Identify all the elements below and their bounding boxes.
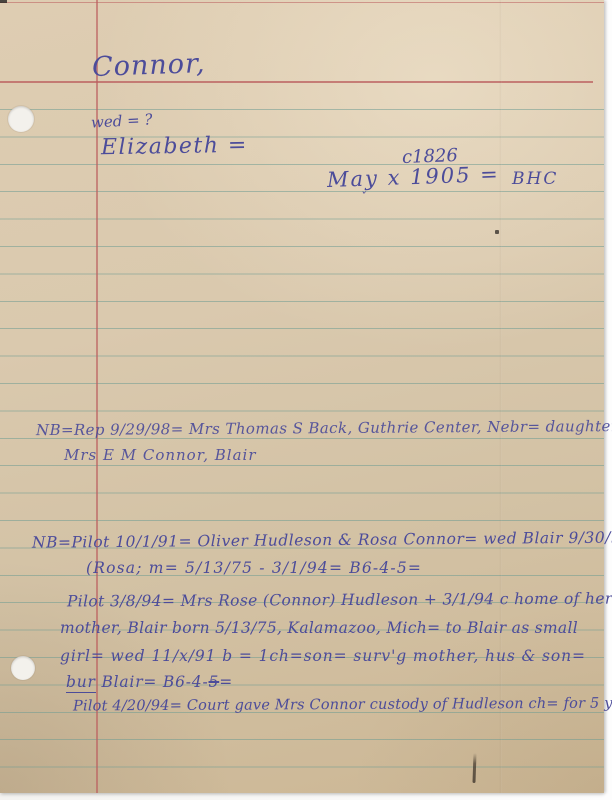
surname-heading: Connor, xyxy=(91,48,205,83)
burial-abbrev-underlined: bur xyxy=(66,673,96,693)
paper-sheet: Connor, wed = ? Elizabeth = c1826 May x … xyxy=(0,0,604,793)
note-pilot-custody-line: Pilot 4/20/94= Court gave Mrs Connor cus… xyxy=(73,696,612,715)
ink-speck xyxy=(495,230,499,234)
cemetery-code: BHC xyxy=(512,169,558,189)
plot-code-red-suffix: = xyxy=(219,673,233,691)
top-margin-line xyxy=(0,2,604,3)
punch-hole-top xyxy=(8,106,34,132)
punch-hole-bottom xyxy=(11,656,35,680)
note-pilot-1894-line-2: mother, Blair born 5/13/75, Kalamazoo, M… xyxy=(60,619,578,637)
paper-crease xyxy=(499,0,502,793)
wed-query-note: wed = ? xyxy=(91,110,153,131)
caret-mark: ˇ xyxy=(360,190,366,204)
spouse-name-line: Elizabeth = xyxy=(101,133,248,161)
note-pilot-1894-line-3: girl= wed 11/x/91 b = 1ch=son= surv'g mo… xyxy=(60,647,586,665)
note-pilot-1894-burial-line: bur Blair= B6-4-5= xyxy=(66,673,233,691)
note-pilot-1894-line-1: Pilot 3/8/94= Mrs Rose (Connor) Hudleson… xyxy=(67,590,612,611)
plot-code-red: B6-4- xyxy=(163,673,209,691)
scan-corner-artifact xyxy=(0,0,7,3)
header-margin-line xyxy=(0,81,593,83)
burial-place: Blair= xyxy=(96,673,163,691)
note-rep-line-2: Mrs E M Connor, Blair xyxy=(64,446,257,464)
scanned-notebook-page: Connor, wed = ? Elizabeth = c1826 May x … xyxy=(0,0,612,800)
plot-code-struck-digit: 5 xyxy=(209,673,220,691)
note-pilot-1891-line-2: (Rosa; m= 5/13/75 - 3/1/94= B6-4-5= xyxy=(86,559,422,577)
